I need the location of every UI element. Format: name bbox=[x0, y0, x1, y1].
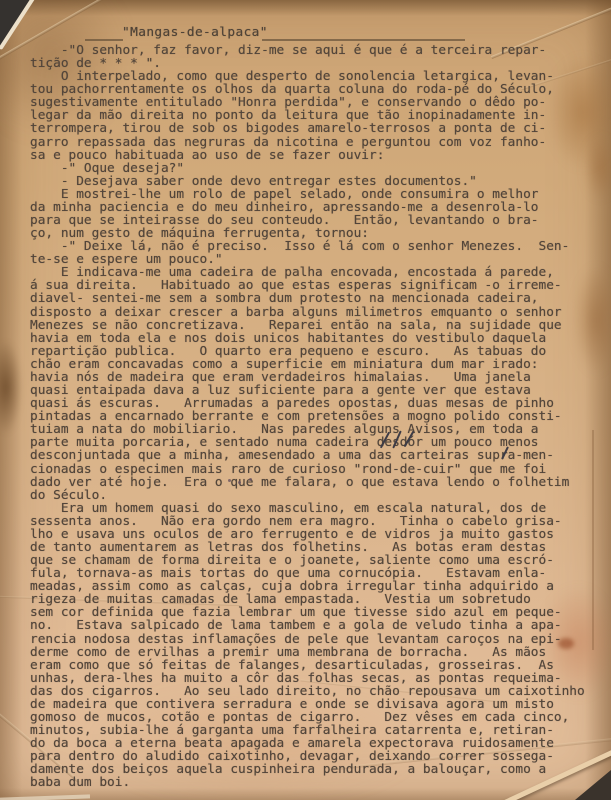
paper-edge-shadow-top bbox=[0, 0, 611, 16]
document-body: -"O senhor, faz favor, diz-me se aqui é … bbox=[30, 44, 595, 789]
document-title: "Mangas-de-alpaca" bbox=[122, 25, 268, 40]
scanned-document-page: "Mangas-de-alpaca" -"O senhor, faz favor… bbox=[0, 0, 611, 800]
paper-edge-shadow-left bbox=[0, 0, 22, 800]
body-paragraph: E mostrei-lhe um rolo de papel selado, o… bbox=[30, 188, 595, 240]
body-paragraph: O interpelado, como que desperto de sono… bbox=[30, 70, 595, 162]
body-paragraph: E indicava-me uma cadeira de palha encov… bbox=[30, 266, 595, 501]
body-paragraph: -" Deixe lá, não é preciso. Isso é lá co… bbox=[30, 240, 595, 266]
title-underline-left bbox=[85, 39, 123, 41]
title-underline-right bbox=[262, 39, 465, 41]
body-paragraph: - Desejava saber onde devo entregar este… bbox=[30, 175, 595, 188]
body-paragraph: -"O senhor, faz favor, diz-me se aqui é … bbox=[30, 44, 595, 70]
body-paragraph: -" Oque deseja?" bbox=[30, 162, 595, 175]
body-paragraph: Era um homem quasi do sexo masculino, em… bbox=[30, 502, 595, 790]
paper-stain bbox=[0, 340, 22, 435]
paper-edge-bottom-left bbox=[0, 794, 90, 800]
